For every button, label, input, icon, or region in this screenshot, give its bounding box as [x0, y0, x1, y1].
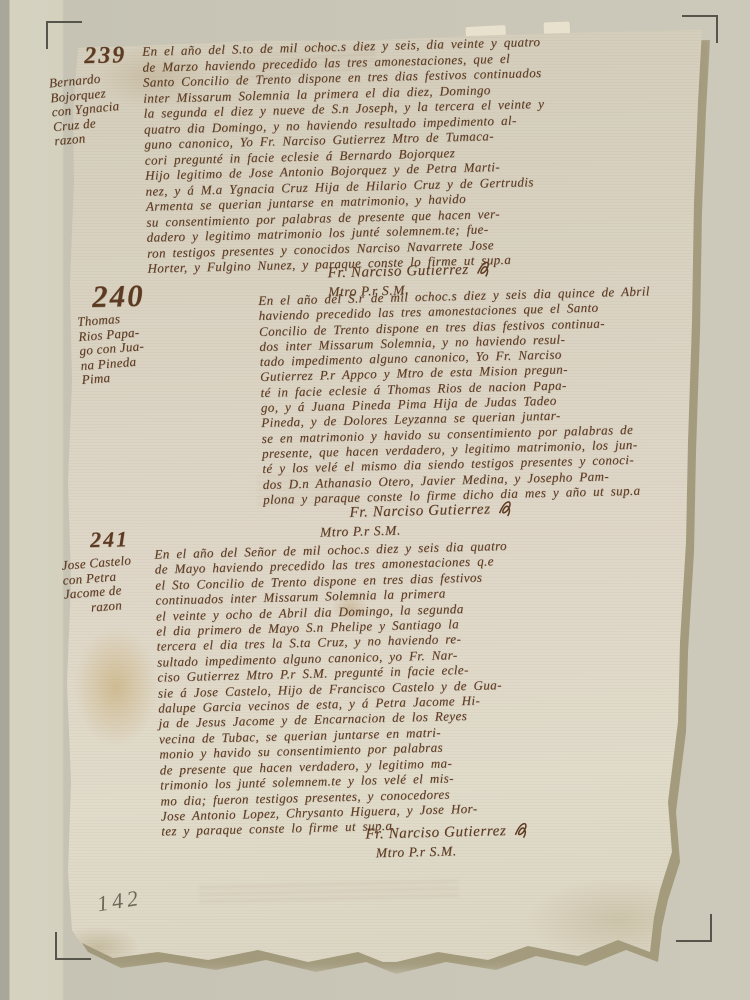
signature: Fr. Narciso Gutierrez Mtro P.r S.M. [365, 819, 531, 863]
registration-mark-bottom-left [55, 932, 91, 960]
manuscript-ink-layer: 239 BernardoBojorquezcon YgnaciaCruz der… [58, 14, 731, 970]
signature-name: Fr. Narciso Gutierrez [365, 819, 531, 845]
rubric-flourish [512, 819, 531, 841]
entry-number: 241 [90, 526, 130, 553]
registration-mark-bottom-right [676, 914, 712, 942]
registration-mark-top-right [682, 15, 718, 43]
photo-backdrop: 239 BernardoBojorquezcon YgnaciaCruz der… [0, 0, 750, 1000]
signature-title: Mtro P.r S.M. [376, 841, 531, 863]
margin-note: Jose Castelocon PetraJacome derazon [61, 553, 135, 616]
entry-241: 241 Jose Castelocon PetraJacome derazon … [58, 14, 731, 970]
registration-mark-top-left [46, 21, 82, 49]
entry-body: En el año del Señor de mil ochoc.s diez … [154, 538, 514, 839]
ink-bleedthrough [257, 473, 348, 505]
